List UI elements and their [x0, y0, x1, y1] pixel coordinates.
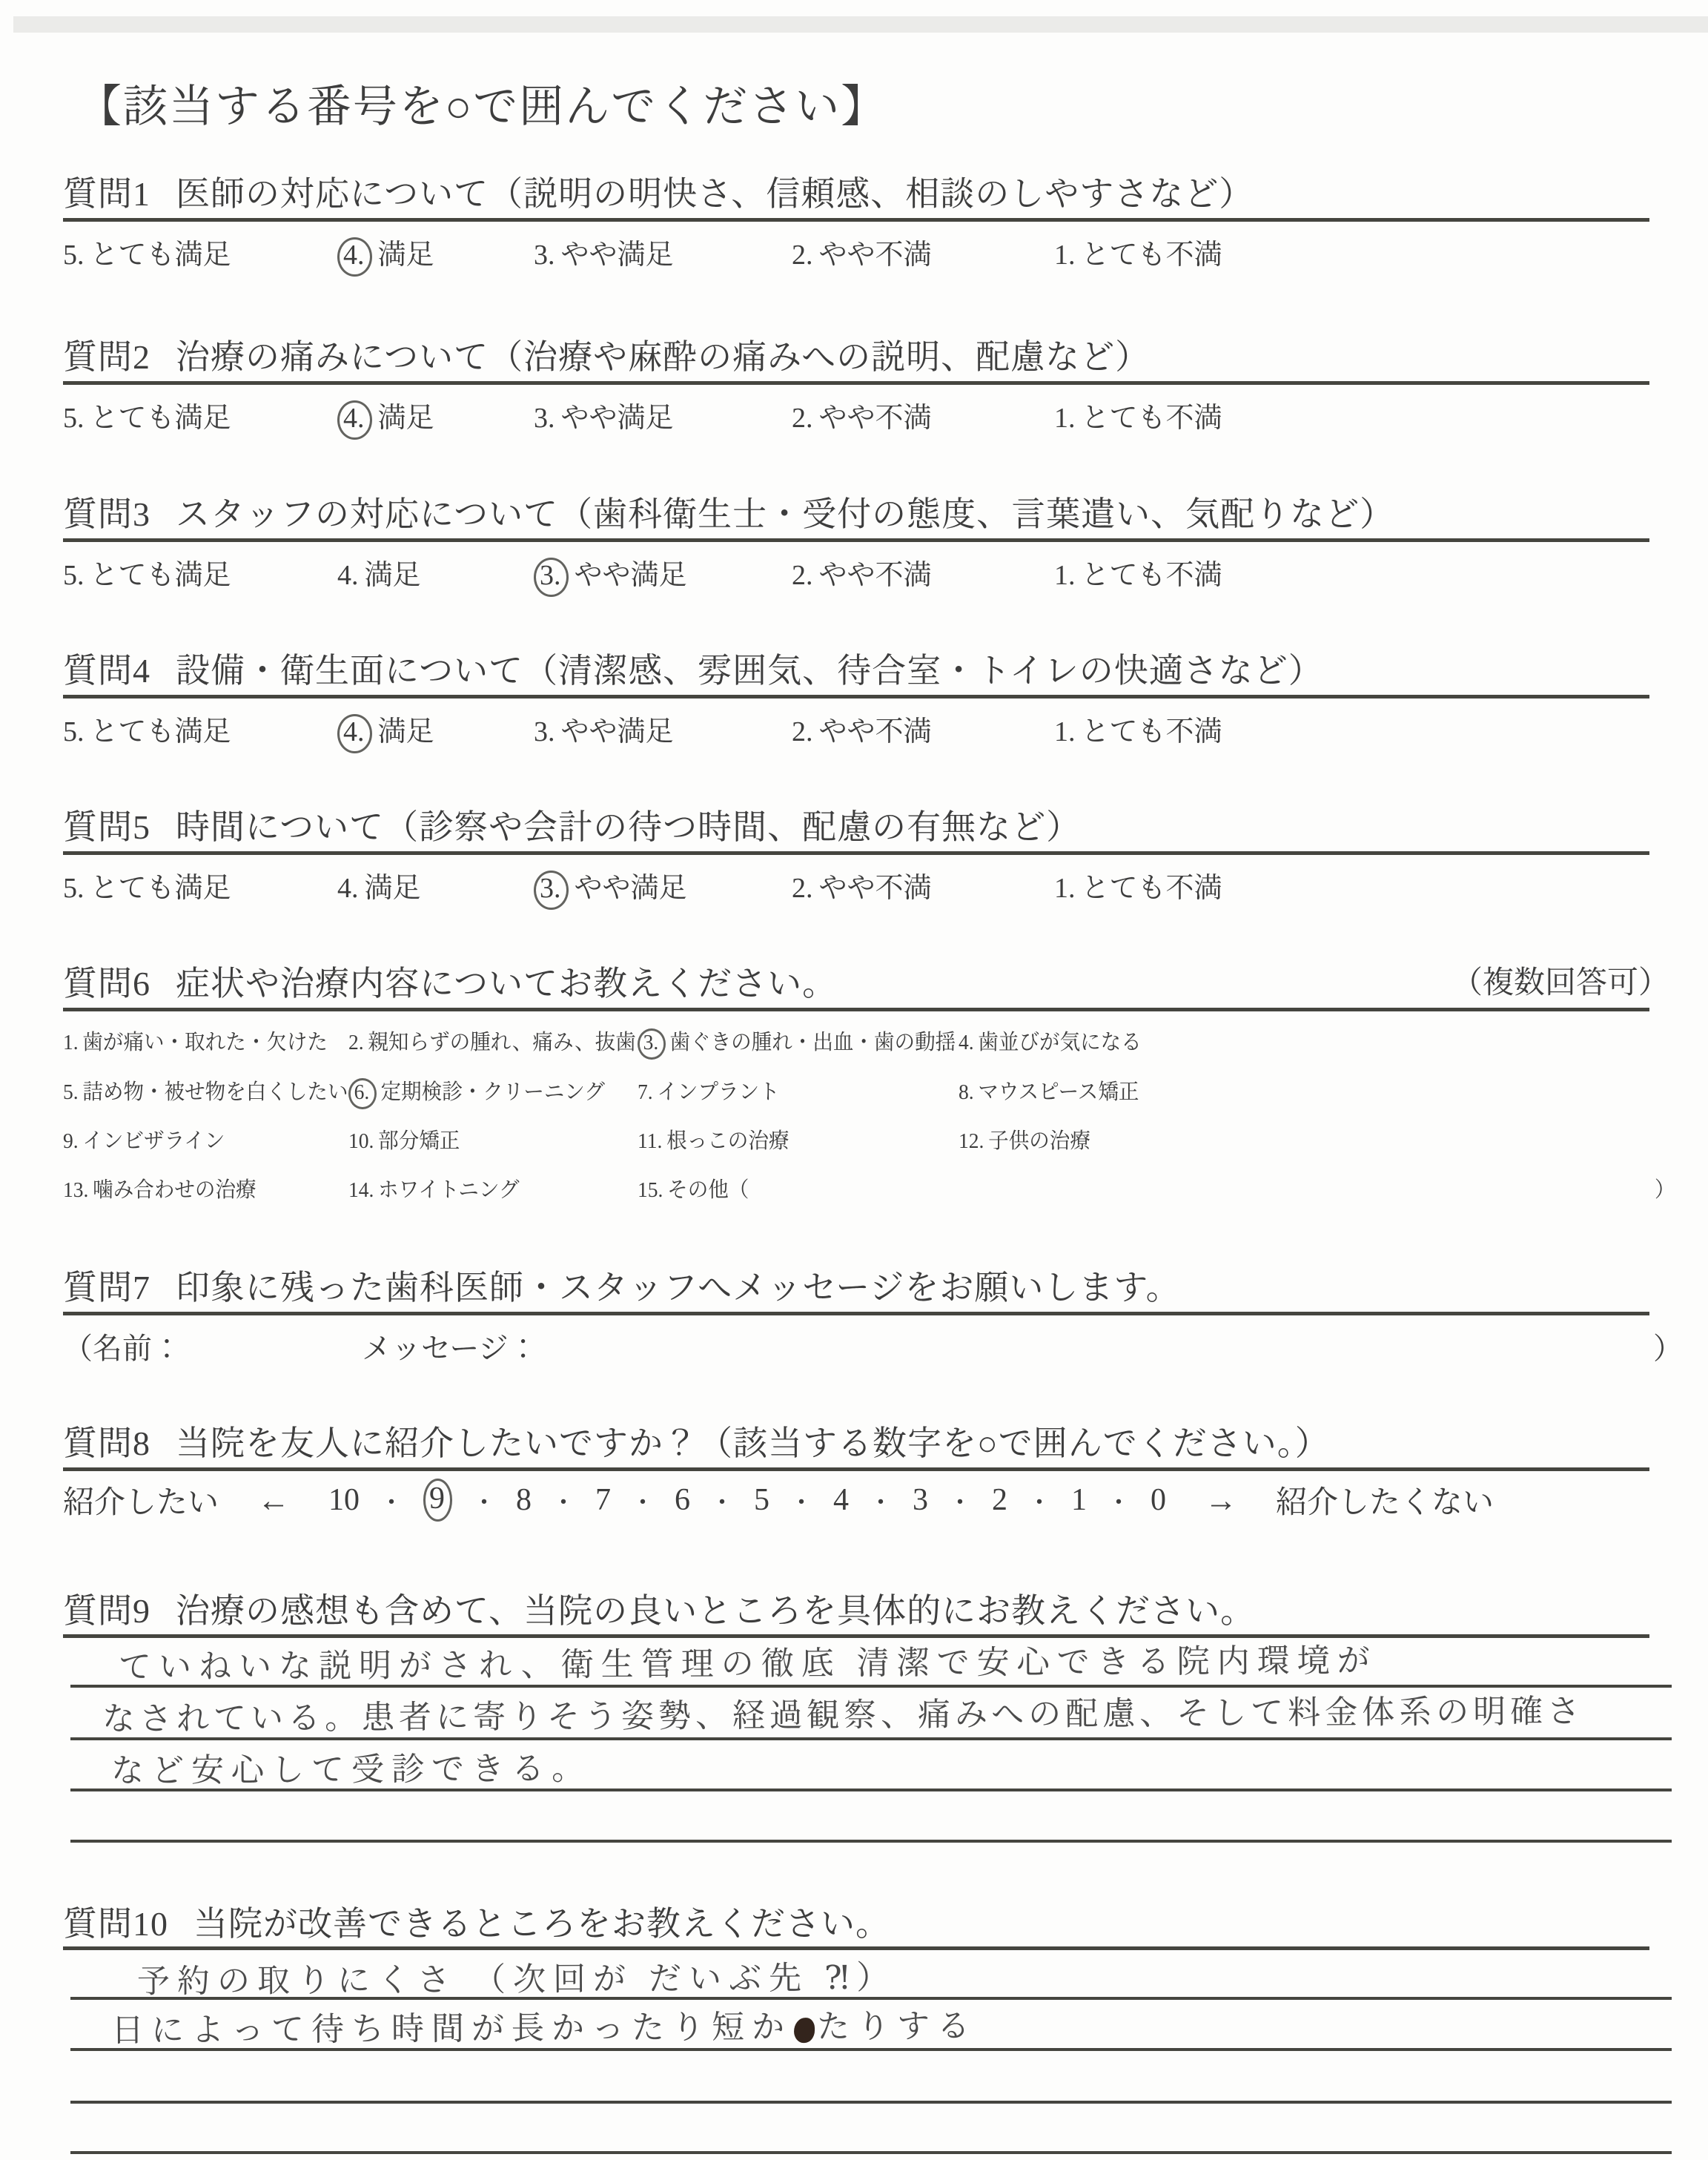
q4-option-label: 満足 [378, 716, 434, 747]
q5-option-label: 満足 [365, 873, 421, 904]
q4-option-5: 5.とても満足 [63, 708, 231, 749]
q4-option-number: 1. [1054, 716, 1076, 747]
q1-option-1: 1.とても不満 [1054, 231, 1222, 272]
q1-option-5: 5.とても満足 [63, 231, 231, 272]
q2-option-1: 1.とても不満 [1054, 394, 1222, 435]
q8-number-7: 7 [595, 1482, 611, 1518]
question2-label: 質問2 [63, 338, 150, 376]
q6-option-number: 7. [638, 1080, 653, 1104]
q9-answer-line-1 [70, 1685, 1672, 1688]
q6-option-label: 根っこの治療 [666, 1129, 789, 1153]
page-title: 【該当する番号を○で囲んでください】 [77, 71, 887, 135]
q1-option-label: 満足 [378, 240, 434, 271]
q8-number-9-circled: 9 [423, 1479, 452, 1521]
question3-text: スタッフの対応について（歯科衛生士・受付の態度、言葉遣い、気配りなど） [176, 495, 1394, 533]
question1-label: 質問1 [63, 175, 150, 213]
question8-text: 当院を友人に紹介したいですか？（該当する数字を○で囲んでください。） [176, 1424, 1330, 1462]
q5-option-number: 5. [63, 873, 85, 904]
q3-option-label: 満足 [365, 560, 421, 591]
q6-option-6: 6.定期検診・クリーニング [348, 1075, 605, 1109]
question5-text: 時間について（診察や会計の待つ時間、配慮の有無など） [176, 808, 1081, 846]
question8-label: 質問8 [63, 1424, 150, 1462]
q6-option-number: 5. [63, 1080, 79, 1104]
q6-option-number: 12. [959, 1129, 984, 1153]
q2-option-label: やや不満 [819, 403, 932, 434]
q10-answer-line-3 [70, 2101, 1672, 2104]
q6-other-closing-paren: ） [1655, 1173, 1675, 1203]
question3-label: 質問3 [63, 495, 150, 533]
q10-handwriting-line2: 日によって待ち時間が長かったり短かたりする [111, 1999, 977, 2051]
q8-separator: ・ [789, 1482, 814, 1519]
q5-option-5: 5.とても満足 [63, 865, 231, 905]
q8-separator: ・ [551, 1482, 576, 1519]
q3-option-3: 3.やや満足 [534, 552, 687, 597]
question6-text: 症状や治療内容についてお教えください。 [176, 965, 837, 1003]
q6-option-11: 11.根っこの治療 [638, 1124, 789, 1155]
question4-header: 質問4設備・衛生面について（清潔感、雰囲気、待合室・トイレの快適さなど） [63, 644, 1323, 693]
question5-header: 質問5時間について（診察や会計の待つ時間、配慮の有無など） [63, 800, 1081, 849]
q6-option-number: 15. [638, 1178, 663, 1202]
q5-option-3: 3.やや満足 [534, 865, 687, 910]
q6-option-label: 詰め物・被せ物を白くしたい [82, 1080, 348, 1104]
q1-option-label: とても不満 [1082, 240, 1222, 271]
q2-option-label: とても不満 [1082, 403, 1222, 434]
q3-option-label: とても満足 [90, 560, 231, 591]
question5-rule [63, 851, 1649, 855]
question2-header: 質問2治療の痛みについて（治療や麻酔の痛みへの説明、配慮など） [63, 330, 1150, 379]
question4-label: 質問4 [63, 652, 150, 690]
q8-separator: ・ [471, 1482, 497, 1519]
q6-option-14: 14.ホワイトニング [348, 1173, 520, 1203]
question7-text: 印象に残った歯科医師・スタッフへメッセージをお願いします。 [176, 1269, 1181, 1307]
q10-answer-line-1 [70, 1997, 1672, 2000]
q6-option-number: 2. [348, 1031, 364, 1054]
question6-note: （複数回答可） [1452, 958, 1669, 1003]
q4-option-4: 4.満足 [337, 708, 434, 753]
q5-option-number: 4. [337, 873, 359, 904]
q4-option-label: とても不満 [1082, 716, 1222, 747]
q8-number-10: 10 [328, 1482, 360, 1518]
question1-rule [63, 218, 1649, 222]
q6-option-3: 3.歯ぐきの腫れ・出血・歯の動揺 [638, 1025, 956, 1060]
q10-answer-line-2 [70, 2048, 1672, 2051]
scan-artifact-band [13, 16, 1708, 33]
q1-option-label: やや満足 [561, 240, 674, 271]
q10-handwriting-line1: 予約の取りにくさ （次回が だいぶ先 ⁈） [137, 1951, 896, 2002]
q6-option-label: インビザライン [82, 1129, 225, 1153]
q3-option-number: 1. [1054, 560, 1076, 591]
q6-option-13: 13.噛み合わせの治療 [63, 1173, 256, 1203]
q5-option-number-circled: 3. [534, 871, 569, 910]
q6-option-number: 13. [63, 1178, 88, 1202]
q6-option-label: その他（ [667, 1178, 749, 1202]
q7-name-field: （名前： [63, 1325, 182, 1367]
q6-option-label: インプラント [657, 1080, 779, 1104]
q2-option-5: 5.とても満足 [63, 394, 231, 435]
q3-option-label: やや満足 [575, 560, 687, 591]
q6-option-label: 歯が痛い・取れた・欠けた [82, 1031, 328, 1054]
q3-option-4: 4.満足 [337, 552, 421, 592]
q3-option-label: とても不満 [1082, 560, 1222, 591]
q8-number-3: 3 [913, 1482, 928, 1518]
question8-header: 質問8当院を友人に紹介したいですか？（該当する数字を○で囲んでください。） [63, 1416, 1330, 1465]
question7-header: 質問7印象に残った歯科医師・スタッフへメッセージをお願いします。 [63, 1261, 1181, 1309]
question9-text: 治療の感想も含めて、当院の良いところを具体的にお教えください。 [176, 1592, 1255, 1630]
q3-option-number: 4. [337, 560, 359, 591]
q9-handwriting-line2: なされている。患者に寄りそう姿勢、経過観察、痛みへの配慮、そして料金体系の明確さ [102, 1685, 1584, 1740]
q6-option-label: 親知らずの腫れ、痛み、抜歯 [368, 1031, 635, 1054]
q6-option-5: 5.詰め物・被せ物を白くしたい [63, 1075, 348, 1106]
q2-option-3: 3.やや満足 [534, 394, 674, 435]
ink-blot [794, 2018, 815, 2043]
question6-rule [63, 1008, 1649, 1011]
q1-option-number-circled: 4. [337, 237, 372, 277]
q4-option-number: 3. [534, 716, 555, 747]
q7-closing-paren: ） [1653, 1325, 1683, 1367]
q4-option-number: 2. [792, 716, 813, 747]
q5-option-4: 4.満足 [337, 865, 421, 905]
q6-option-label: マウスピース矯正 [978, 1080, 1139, 1104]
q6-option-15: 15.その他（ [638, 1173, 749, 1203]
q8-number-8: 8 [516, 1482, 532, 1518]
q6-option-number-circled: 3. [638, 1028, 666, 1060]
q2-option-2: 2.やや不満 [792, 394, 932, 435]
q8-separator: ・ [868, 1482, 893, 1519]
q8-number-0: 0 [1151, 1482, 1166, 1518]
q6-option-label: 子供の治療 [988, 1129, 1090, 1153]
question9-label: 質問9 [63, 1592, 150, 1630]
q3-option-2: 2.やや不満 [792, 552, 932, 592]
q3-option-label: やや不満 [819, 560, 932, 591]
q6-option-number: 4. [959, 1031, 974, 1054]
q6-option-label: 定期検診・クリーニング [380, 1080, 605, 1104]
q8-number-4: 4 [833, 1482, 849, 1518]
question4-rule [63, 695, 1649, 698]
q1-option-number: 2. [792, 240, 813, 271]
question6-header: 質問6症状や治療内容についてお教えください。 [63, 957, 837, 1005]
q6-option-7: 7.インプラント [638, 1075, 780, 1106]
q9-answer-line-3 [70, 1789, 1672, 1791]
q8-separator: ・ [379, 1482, 404, 1519]
q2-option-4: 4.満足 [337, 394, 434, 440]
q1-option-number: 3. [534, 240, 555, 271]
q2-option-label: やや満足 [561, 403, 674, 434]
q8-separator: ・ [947, 1482, 973, 1519]
question6-label: 質問6 [63, 965, 150, 1003]
q9-handwriting-line1: ていねいな説明がされ、衛生管理の徹底 清潔で安心できる院内環境が [119, 1634, 1377, 1688]
q5-option-label: とても満足 [90, 873, 231, 904]
q8-number-5: 5 [754, 1482, 769, 1518]
q3-option-number-circled: 3. [534, 558, 569, 597]
q3-option-1: 1.とても不満 [1054, 552, 1222, 592]
q6-option-label: 歯ぐきの腫れ・出血・歯の動揺 [669, 1031, 956, 1054]
q8-separator: ・ [709, 1482, 735, 1519]
question5-label: 質問5 [63, 808, 150, 846]
q9-answer-line-4 [70, 1840, 1672, 1843]
q1-option-number: 1. [1054, 240, 1076, 271]
q3-option-number: 2. [792, 560, 813, 591]
q2-option-number: 2. [792, 403, 813, 434]
q6-option-10: 10.部分矯正 [348, 1124, 460, 1155]
q8-number-2: 2 [992, 1482, 1007, 1518]
q6-option-number: 10. [348, 1129, 374, 1153]
q1-option-number: 5. [63, 240, 85, 271]
q5-option-1: 1.とても不満 [1054, 865, 1222, 905]
q10-line2-before-blot: 日によって待ち時間が長かったり短か [111, 2009, 792, 2049]
q10-answer-line-4 [70, 2151, 1672, 2154]
q6-option-9: 9.インビザライン [63, 1124, 225, 1155]
q2-option-number: 3. [534, 403, 555, 434]
q1-option-2: 2.やや不満 [792, 231, 932, 272]
question2-rule [63, 381, 1649, 385]
question8-rule [63, 1467, 1649, 1471]
q7-message-field: メッセージ： [362, 1325, 538, 1367]
q8-separator: ・ [1106, 1482, 1131, 1519]
q6-option-12: 12.子供の治療 [959, 1124, 1090, 1155]
q6-option-number: 8. [959, 1080, 974, 1104]
question1-text: 医師の対応について（説明の明快さ、信頼感、相談のしやすさなど） [176, 175, 1254, 213]
q5-option-number: 1. [1054, 873, 1076, 904]
q6-option-1: 1.歯が痛い・取れた・欠けた [63, 1025, 328, 1056]
question7-label: 質問7 [63, 1269, 150, 1307]
question9-header: 質問9治療の感想も含めて、当院の良いところを具体的にお教えください。 [63, 1584, 1255, 1633]
q10-line2-after-blot: たりする [817, 2008, 977, 2045]
q8-number-1: 1 [1071, 1482, 1087, 1518]
q5-option-label: やや不満 [819, 873, 932, 904]
q6-option-8: 8.マウスピース矯正 [959, 1075, 1139, 1106]
q1-option-label: やや不満 [819, 240, 932, 271]
q4-option-1: 1.とても不満 [1054, 708, 1222, 749]
q6-option-number-circled: 6. [348, 1078, 377, 1109]
question9-rule [63, 1634, 1649, 1638]
q6-option-label: ホワイトニング [378, 1178, 519, 1202]
q6-option-label: 歯並びが気になる [978, 1031, 1141, 1054]
q5-option-label: やや満足 [575, 873, 687, 904]
q6-option-2: 2.親知らずの腫れ、痛み、抜歯 [348, 1025, 636, 1056]
question7-rule [63, 1312, 1649, 1315]
q9-answer-line-2 [70, 1737, 1672, 1740]
q4-option-number: 5. [63, 716, 85, 747]
question10-rule [63, 1946, 1649, 1950]
q2-option-label: とても満足 [90, 403, 231, 434]
q2-option-label: 満足 [378, 403, 434, 434]
question4-text: 設備・衛生面について（清潔感、雰囲気、待合室・トイレの快適さなど） [176, 652, 1323, 690]
question10-text: 当院が改善できるところをお教えください。 [193, 1905, 890, 1943]
q8-arrow-left: ← [257, 1482, 290, 1519]
q8-separator: ・ [630, 1482, 655, 1519]
q8-separator: ・ [1027, 1482, 1052, 1519]
q8-arrow-right: → [1205, 1482, 1237, 1519]
q4-option-number-circled: 4. [337, 714, 372, 753]
q8-number-6: 6 [675, 1482, 690, 1518]
question10-header: 質問10当院が改善できるところをお教えください。 [63, 1897, 890, 1946]
q1-option-label: とても満足 [90, 240, 231, 271]
q2-option-number-circled: 4. [337, 400, 372, 440]
q6-option-4: 4.歯並びが気になる [959, 1025, 1142, 1056]
question3-header: 質問3スタッフの対応について（歯科衛生士・受付の態度、言葉遣い、気配りなど） [63, 487, 1394, 536]
question10-label: 質問10 [63, 1905, 168, 1943]
q6-option-number: 14. [348, 1178, 374, 1202]
q3-option-number: 5. [63, 560, 85, 591]
q1-option-3: 3.やや満足 [534, 231, 674, 272]
q8-left-label: 紹介したい [63, 1478, 219, 1522]
q6-option-label: 部分矯正 [378, 1129, 460, 1153]
q4-option-3: 3.やや満足 [534, 708, 674, 749]
q9-handwriting-line3: など安心して受診できる。 [111, 1742, 592, 1791]
q4-option-label: やや満足 [561, 716, 674, 747]
q1-option-4: 4.満足 [337, 231, 434, 277]
q2-option-number: 5. [63, 403, 85, 434]
q5-option-number: 2. [792, 873, 813, 904]
q4-option-2: 2.やや不満 [792, 708, 932, 749]
scanned-survey-page: 【該当する番号を○で囲んでください】 質問1医師の対応について（説明の明快さ、信… [0, 0, 1708, 2160]
question2-text: 治療の痛みについて（治療や麻酔の痛みへの説明、配慮など） [176, 338, 1150, 376]
q8-right-label: 紹介したくない [1276, 1478, 1494, 1522]
q4-option-label: やや不満 [819, 716, 932, 747]
q8-referral-scale: 紹介したい←10・9・8・7・6・5・4・3・2・1・0→紹介したくない [63, 1478, 1494, 1522]
question3-rule [63, 538, 1649, 542]
question1-header: 質問1医師の対応について（説明の明快さ、信頼感、相談のしやすさなど） [63, 167, 1254, 216]
q2-option-number: 1. [1054, 403, 1076, 434]
q5-option-label: とても不満 [1082, 873, 1222, 904]
q6-option-number: 1. [63, 1031, 79, 1054]
q6-option-number: 11. [638, 1129, 662, 1153]
q6-option-number: 9. [63, 1129, 79, 1153]
q5-option-2: 2.やや不満 [792, 865, 932, 905]
q6-option-label: 噛み合わせの治療 [93, 1178, 256, 1202]
q3-option-5: 5.とても満足 [63, 552, 231, 592]
q4-option-label: とても満足 [90, 716, 231, 747]
